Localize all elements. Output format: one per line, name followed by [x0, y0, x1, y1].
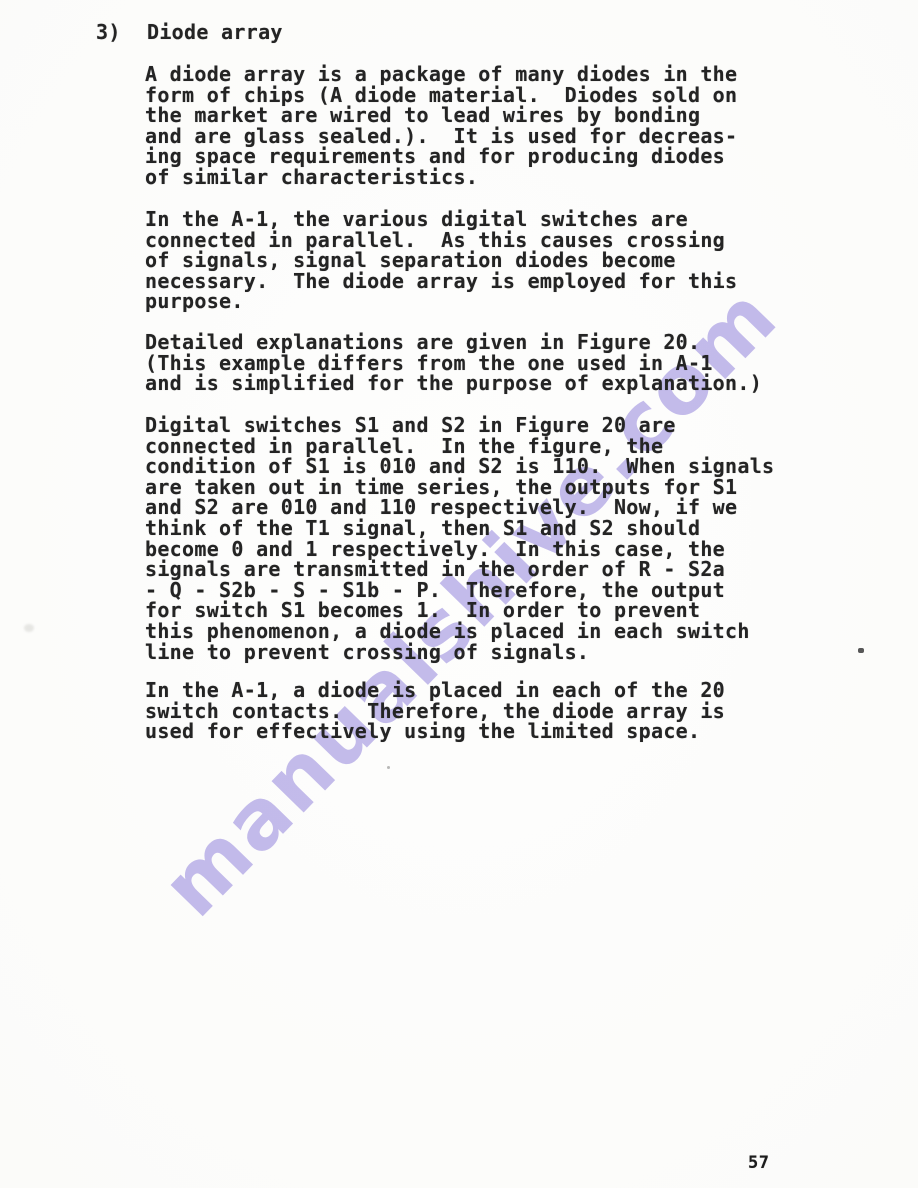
text-line: the market are wired to lead wires by bo… — [145, 105, 737, 126]
text-line: think of the T1 signal, then S1 and S2 s… — [145, 518, 774, 539]
scan-artifact-smudge — [24, 624, 34, 632]
text-line: In the A-1, the various digital switches… — [145, 209, 737, 230]
text-line: and are glass sealed.). It is used for d… — [145, 126, 737, 147]
paragraph: A diode array is a package of many diode… — [145, 64, 737, 188]
paragraph: In the A-1, the various digital switches… — [145, 209, 737, 312]
page-number: 57 — [748, 1153, 769, 1174]
scanned-document-page: manualshive.com 3) Diode array A diode a… — [0, 0, 918, 1188]
text-line: - Q - S2b - S - S1b - P. Therefore, the … — [145, 580, 774, 601]
text-line: and is simplified for the purpose of exp… — [145, 373, 762, 394]
text-line: for switch S1 becomes 1. In order to pre… — [145, 600, 774, 621]
text-line: necessary. The diode array is employed f… — [145, 271, 737, 292]
section-title: Diode array — [147, 22, 283, 43]
text-line: signals are transmitted in the order of … — [145, 559, 774, 580]
paragraph: Digital switches S1 and S2 in Figure 20 … — [145, 415, 774, 662]
text-line: become 0 and 1 respectively. In this cas… — [145, 539, 774, 560]
text-line: line to prevent crossing of signals. — [145, 642, 774, 663]
text-line: condition of S1 is 010 and S2 is 110. Wh… — [145, 456, 774, 477]
scan-artifact-dot — [858, 648, 864, 653]
text-line: ing space requirements and for producing… — [145, 146, 737, 167]
text-line: purpose. — [145, 291, 737, 312]
text-line: A diode array is a package of many diode… — [145, 64, 737, 85]
text-line: (This example differs from the one used … — [145, 353, 762, 374]
text-line: of signals, signal separation diodes bec… — [145, 250, 737, 271]
text-line: form of chips (A diode material. Diodes … — [145, 85, 737, 106]
text-line: In the A-1, a diode is placed in each of… — [145, 680, 725, 701]
text-line: switch contacts. Therefore, the diode ar… — [145, 701, 725, 722]
scan-artifact-dot — [387, 766, 390, 769]
text-line: this phenomenon, a diode is placed in ea… — [145, 621, 774, 642]
paragraph: Detailed explanations are given in Figur… — [145, 332, 762, 394]
text-line: used for effectively using the limited s… — [145, 721, 725, 742]
text-line: of similar characteristics. — [145, 167, 737, 188]
text-line: Detailed explanations are given in Figur… — [145, 332, 762, 353]
paragraph: In the A-1, a diode is placed in each of… — [145, 680, 725, 742]
text-line: are taken out in time series, the output… — [145, 477, 774, 498]
text-line: Digital switches S1 and S2 in Figure 20 … — [145, 415, 774, 436]
text-line: connected in parallel. As this causes cr… — [145, 230, 737, 251]
text-line: connected in parallel. In the figure, th… — [145, 436, 774, 457]
section-number: 3) — [96, 22, 121, 43]
text-line: and S2 are 010 and 110 respectively. Now… — [145, 497, 774, 518]
